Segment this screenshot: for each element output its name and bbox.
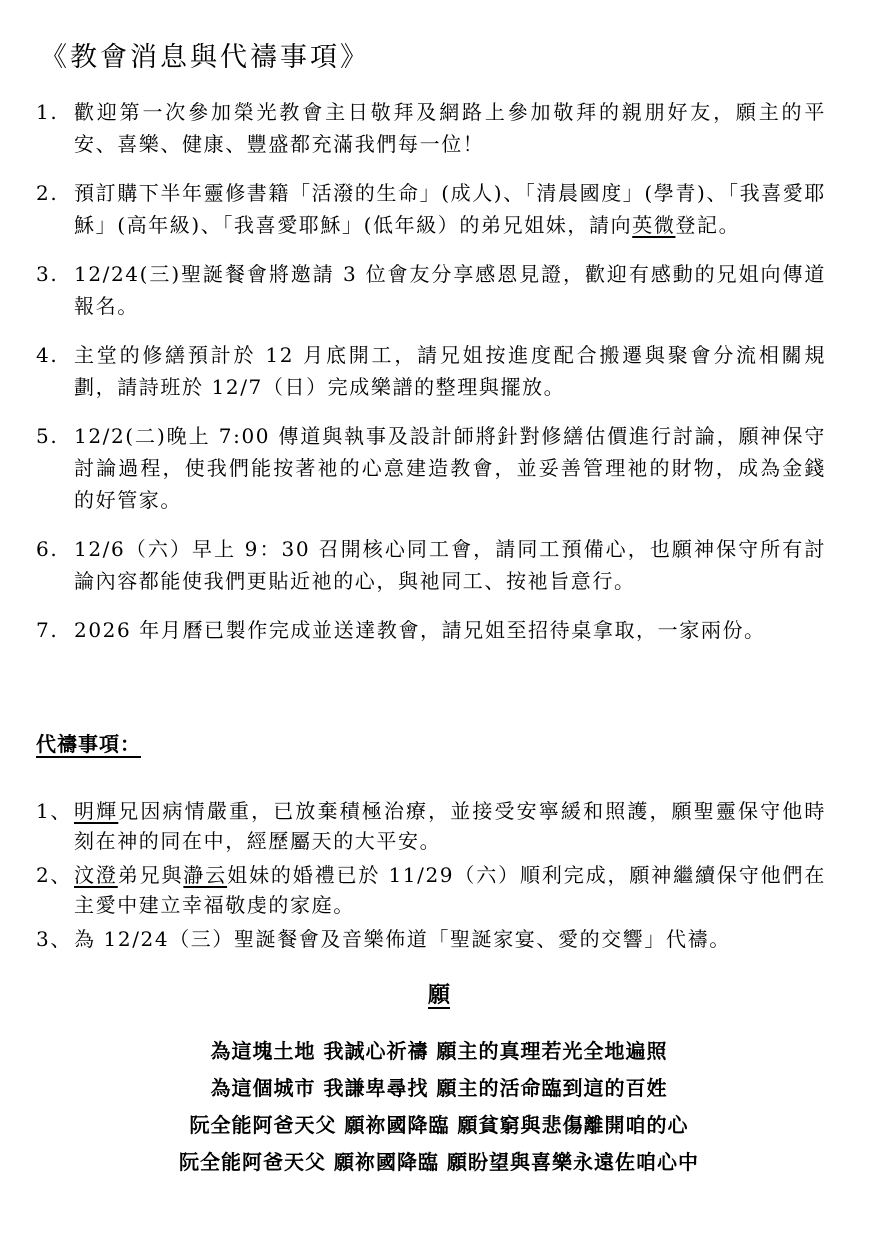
announcement-item-number: 6. <box>36 533 74 565</box>
lyric-line: 為這個城市 我謙卑尋找 願主的活命臨到這的百姓 <box>0 1070 878 1107</box>
announcement-item: 6.12/6（六）早上 9：30 召開核心同工會，請同工預備心，也願神保守所有討… <box>36 533 826 597</box>
song-title: 願 <box>0 980 878 1012</box>
underlined-name: 明輝 <box>74 799 118 823</box>
announcement-item: 7.2026 年月曆已製作完成並送達教會，請兄姐至招待桌拿取，一家兩份。 <box>36 614 826 646</box>
song-title-text: 願 <box>428 983 450 1008</box>
lyric-line: 阮全能阿爸天父 願祢國降臨 願貧窮與悲傷離開咱的心 <box>0 1107 878 1144</box>
prayer-item-number: 3、 <box>36 924 74 954</box>
announcement-item: 2.預訂購下半年靈修書籍「活潑的生命」(成人)、「清晨國度」(學青)、「我喜愛耶… <box>36 177 826 241</box>
announcement-list: 1.歡迎第一次參加榮光教會主日敬拜及網路上參加敬拜的親朋好友，願主的平安、喜樂、… <box>36 96 826 663</box>
prayer-item: 1、明輝兄因病情嚴重，已放棄積極治療，並接受安寧緩和照護，願聖靈保守他時刻在神的… <box>36 796 826 856</box>
announcement-item: 1.歡迎第一次參加榮光教會主日敬拜及網路上參加敬拜的親朋好友，願主的平安、喜樂、… <box>36 96 826 160</box>
announcement-item-text: 12/6（六）早上 9：30 召開核心同工會，請同工預備心，也願神保守所有討論內… <box>74 537 826 593</box>
announcement-item-text: 2026 年月曆已製作完成並送達教會，請兄姐至招待桌拿取，一家兩份。 <box>74 618 766 642</box>
lyric-line: 阮全能阿爸天父 願祢國降臨 願盼望與喜樂永遠佐咱心中 <box>0 1144 878 1181</box>
prayer-item-text: 弟兄與 <box>118 863 184 887</box>
underlined-name: 汶澄 <box>74 863 118 887</box>
prayer-item-text: 為 12/24（三）聖誕餐會及音樂佈道「聖誕家宴、愛的交響」代禱。 <box>74 927 731 951</box>
prayer-item: 2、汶澄弟兄與瀞云姐妹的婚禮已於 11/29（六）順利完成，願神繼續保守他們在主… <box>36 860 826 920</box>
announcement-item-number: 7. <box>36 614 74 646</box>
underlined-name: 英微 <box>632 213 675 237</box>
prayer-list: 1、明輝兄因病情嚴重，已放棄積極治療，並接受安寧緩和照護，願聖靈保守他時刻在神的… <box>36 796 826 958</box>
underlined-name: 瀞云 <box>183 863 227 887</box>
announcement-item: 3.12/24(三)聖誕餐會將邀請 3 位會友分享感恩見證，歡迎有感動的兄姐向傳… <box>36 258 826 322</box>
prayer-heading: 代禱事項： <box>36 728 141 760</box>
prayer-item-text: 兄因病情嚴重，已放棄積極治療，並接受安寧緩和照護，願聖靈保守他時刻在神的同在中，… <box>74 799 826 853</box>
announcement-item-text: 12/2(二)晚上 7:00 傳道與執事及設計師將針對修繕估價進行討論，願神保守… <box>74 424 826 512</box>
prayer-item-number: 2、 <box>36 860 74 890</box>
announcement-item-number: 2. <box>36 177 74 209</box>
announcement-item-number: 1. <box>36 96 74 128</box>
prayer-item-number: 1、 <box>36 796 74 826</box>
announcement-item-text: 歡迎第一次參加榮光教會主日敬拜及網路上參加敬拜的親朋好友，願主的平安、喜樂、健康… <box>74 100 826 156</box>
announcement-item: 4.主堂的修繕預計於 12 月底開工，請兄姐按進度配合搬遷與聚會分流相關規劃，請… <box>36 339 826 403</box>
announcement-item-number: 4. <box>36 339 74 371</box>
announcement-item-text: 12/24(三)聖誕餐會將邀請 3 位會友分享感恩見證，歡迎有感動的兄姐向傳道報… <box>74 262 826 318</box>
lyric-line: 為這塊土地 我誠心祈禱 願主的真理若光全地遍照 <box>0 1033 878 1070</box>
song-lyrics: 為這塊土地 我誠心祈禱 願主的真理若光全地遍照為這個城市 我謙卑尋找 願主的活命… <box>0 1033 878 1181</box>
page-title: 《教會消息與代禱事項》 <box>40 38 370 78</box>
announcement-item-number: 3. <box>36 258 74 290</box>
announcement-item-text: 登記。 <box>675 213 740 237</box>
announcement-item: 5.12/2(二)晚上 7:00 傳道與執事及設計師將針對修繕估價進行討論，願神… <box>36 420 826 516</box>
announcement-item-text: 主堂的修繕預計於 12 月底開工，請兄姐按進度配合搬遷與聚會分流相關規劃，請詩班… <box>74 343 826 399</box>
announcement-item-number: 5. <box>36 420 74 452</box>
bulletin-page: 《教會消息與代禱事項》 1.歡迎第一次參加榮光教會主日敬拜及網路上參加敬拜的親朋… <box>0 0 878 1241</box>
prayer-item: 3、為 12/24（三）聖誕餐會及音樂佈道「聖誕家宴、愛的交響」代禱。 <box>36 924 826 954</box>
